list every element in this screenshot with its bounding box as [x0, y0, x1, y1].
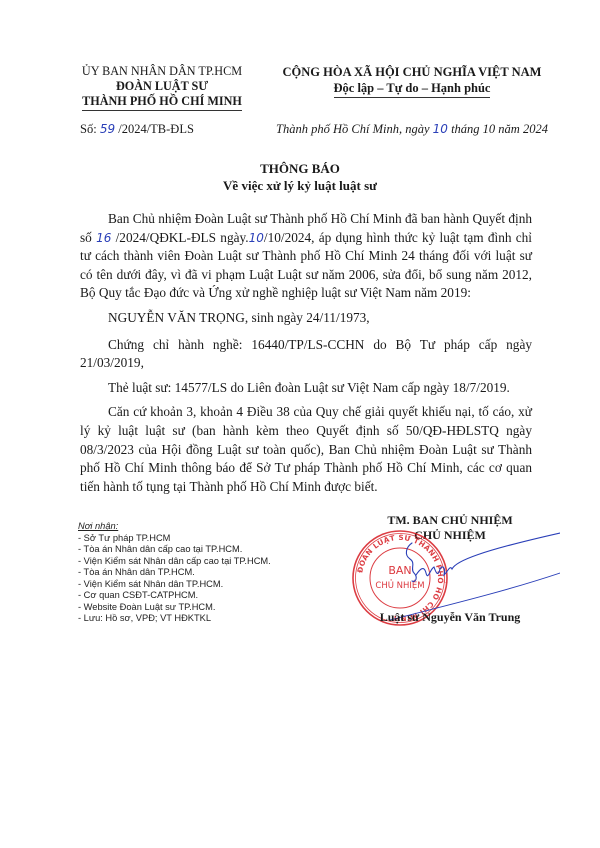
- handwritten-day: 10: [433, 122, 448, 136]
- recipient-item: - Lưu: Hồ sơ, VPĐ; VT HĐKTKL: [78, 613, 278, 625]
- national-heading: CỘNG HÒA XÃ HỘI CHỦ NGHĨA VIỆT NAM Độc l…: [262, 64, 562, 98]
- national-title: CỘNG HÒA XÃ HỘI CHỦ NGHĨA VIỆT NAM: [262, 64, 562, 80]
- recipient-item: - Sở Tư pháp TP.HCM: [78, 533, 278, 545]
- paragraph-decision: Ban Chủ nhiệm Đoàn Luật sư Thành phố Hồ …: [80, 210, 532, 303]
- document-body: Ban Chủ nhiệm Đoàn Luật sư Thành phố Hồ …: [80, 210, 532, 502]
- authority-line-2: ĐOÀN LUẬT SƯ: [62, 79, 262, 94]
- document-title: THÔNG BÁO Về việc xử lý kỷ luật luật sư: [0, 160, 600, 194]
- handwritten-decision-day: 10: [249, 231, 264, 245]
- recipient-item: - Website Đoàn Luật sư TP.HCM.: [78, 602, 278, 614]
- handwritten-decision-number: 16: [96, 231, 111, 245]
- recipient-item: - Tòa án Nhân dân TP.HCM.: [78, 567, 278, 579]
- authority-line-1: ỦY BAN NHÂN DÂN TP.HCM: [62, 64, 262, 79]
- authority-line-3: THÀNH PHỐ HỒ CHÍ MINH: [82, 94, 242, 111]
- handwritten-doc-number: 59: [100, 122, 115, 136]
- document-number: Số: 59 /2024/TB-ĐLS: [80, 122, 194, 137]
- national-motto: Độc lập – Tự do – Hạnh phúc: [334, 80, 491, 98]
- signer-name: Luật sư Nguyễn Văn Trung: [360, 610, 540, 625]
- recipient-item: - Tòa án Nhân dân cấp cao tại TP.HCM.: [78, 544, 278, 556]
- recipient-item: - Cơ quan CSĐT-CATPHCM.: [78, 590, 278, 602]
- title-main: THÔNG BÁO: [0, 160, 600, 177]
- place-and-date: Thành phố Hồ Chí Minh, ngày 10 tháng 10 …: [262, 122, 562, 137]
- paragraph-practice-certificate: Chứng chỉ hành nghề: 16440/TP/LS-CCHN do…: [80, 336, 532, 373]
- recipients-list: Nơi nhận: - Sở Tư pháp TP.HCM - Tòa án N…: [78, 521, 278, 625]
- recipient-item: - Viện Kiểm sát Nhân dân cấp cao tại TP.…: [78, 556, 278, 568]
- title-subtitle: Về việc xử lý kỷ luật luật sư: [0, 177, 600, 194]
- paragraph-lawyer-name: NGUYỄN VĂN TRỌNG, sinh ngày 24/11/1973,: [80, 309, 532, 328]
- recipient-item: - Viện Kiểm sát Nhân dân TP.HCM.: [78, 579, 278, 591]
- recipients-label: Nơi nhận:: [78, 521, 278, 533]
- paragraph-lawyer-card: Thẻ luật sư: 14577/LS do Liên đoàn Luật …: [80, 379, 532, 398]
- issuing-authority: ỦY BAN NHÂN DÂN TP.HCM ĐOÀN LUẬT SƯ THÀN…: [62, 64, 262, 111]
- paragraph-legal-basis: Căn cứ khoản 3, khoản 4 Điều 38 của Quy …: [80, 403, 532, 496]
